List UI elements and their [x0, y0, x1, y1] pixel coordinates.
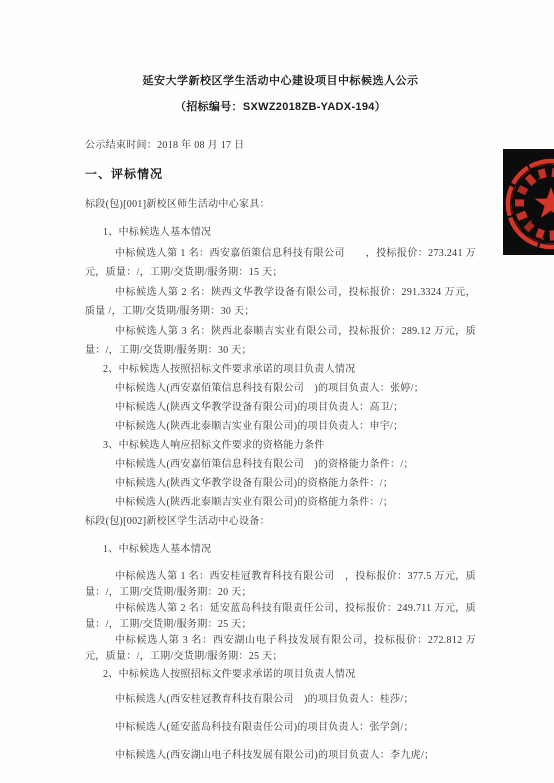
sec001-candidate-3: 中标候选人第 3 名：陕西北泰顺吉实业有限公司，投标报价：289.12 万元，质…: [85, 322, 476, 360]
section-heading-evaluation: 一、评标情况: [85, 167, 476, 181]
sec002-candidate-1: 中标候选人第 1 名：西安桂冠教育科技有限公司 ，投标报价：377.5 万元，质…: [85, 569, 476, 601]
sec001-item2-heading: 2、中标候选人按照招标文件要求承诺的项目负责人情况: [85, 360, 476, 379]
official-seal-stamp: [503, 149, 554, 255]
sec002-pm-candidate-2: 中标候选人(延安蓝岛科技有限责任公司)的项目负责人：张学剑/；: [85, 718, 476, 737]
sec002-pm-candidate-1: 中标候选人(西安桂冠教育科技有限公司 )的项目负责人：桂莎/；: [85, 690, 476, 709]
sec002-item1-heading: 1、中标候选人基本情况: [85, 540, 476, 559]
document-page: 延安大学新校区学生活动中心建设项目中标候选人公示 （招标编号：SXWZ2018Z…: [0, 0, 554, 783]
sec001-qual-candidate-2: 中标候选人(陕西文华教学设备有限公司)的资格能力条件：/；: [85, 474, 476, 493]
bid-section-002-heading: 标段(包)[002]新校区学生活动中心设备：: [85, 512, 476, 531]
seal-star-icon: [535, 187, 554, 218]
sec001-qual-candidate-1: 中标候选人(西安嘉佰策信息科技有限公司 )的资格能力条件：/；: [85, 455, 476, 474]
sec001-item1-heading: 1、中标候选人基本情况: [85, 223, 476, 242]
sec002-candidate-3: 中标候选人第 3 名：西安湖山电子科技发展有限公司，投标报价：272.812 万…: [85, 633, 476, 665]
sec002-candidate-2: 中标候选人第 2 名：延安蓝岛科技有限责任公司，投标报价：249.711 万元，…: [85, 601, 476, 633]
sec001-item3-heading: 3、中标候选人响应招标文件要求的资格能力条件: [85, 436, 476, 455]
seal-graphic: [503, 149, 554, 255]
publicity-end-date: 公示结束时间：2018 年 08 月 17 日: [85, 140, 476, 152]
sec002-pm-candidate-3: 中标候选人(西安湖山电子科技发展有限公司)的项目负责人：李九虎/；: [85, 746, 476, 765]
sec002-item2-heading: 2、中标候选人按照招标文件要求承诺的项目负责人情况: [85, 665, 476, 684]
sec001-candidate-1: 中标候选人第 1 名：西安嘉佰策信息科技有限公司 ，投标报价：273.241 万…: [85, 244, 476, 282]
bid-number-subtitle: （招标编号：SXWZ2018ZB-YADX-194）: [85, 100, 476, 114]
sec001-qual-candidate-3: 中标候选人(陕西北泰顺吉实业有限公司)的资格能力条件：/；: [85, 493, 476, 512]
sec001-pm-candidate-3: 中标候选人(陕西北泰顺吉实业有限公司)的项目负责人：申宇/；: [85, 417, 476, 436]
sec001-pm-candidate-2: 中标候选人(陕西文华教学设备有限公司)的项目负责人：高卫/；: [85, 398, 476, 417]
sec001-pm-candidate-1: 中标候选人(西安嘉佰策信息科技有限公司 )的项目负责人：张婷/；: [85, 379, 476, 398]
sec001-candidate-2: 中标候选人第 2 名：陕西文华教学设备有限公司，投标报价：291.3324 万元…: [85, 283, 476, 321]
bid-section-001-heading: 标段(包)[001]新校区师生活动中心家具：: [85, 195, 476, 214]
document-content: 延安大学新校区学生活动中心建设项目中标候选人公示 （招标编号：SXWZ2018Z…: [0, 0, 554, 765]
document-title: 延安大学新校区学生活动中心建设项目中标候选人公示: [85, 74, 476, 88]
